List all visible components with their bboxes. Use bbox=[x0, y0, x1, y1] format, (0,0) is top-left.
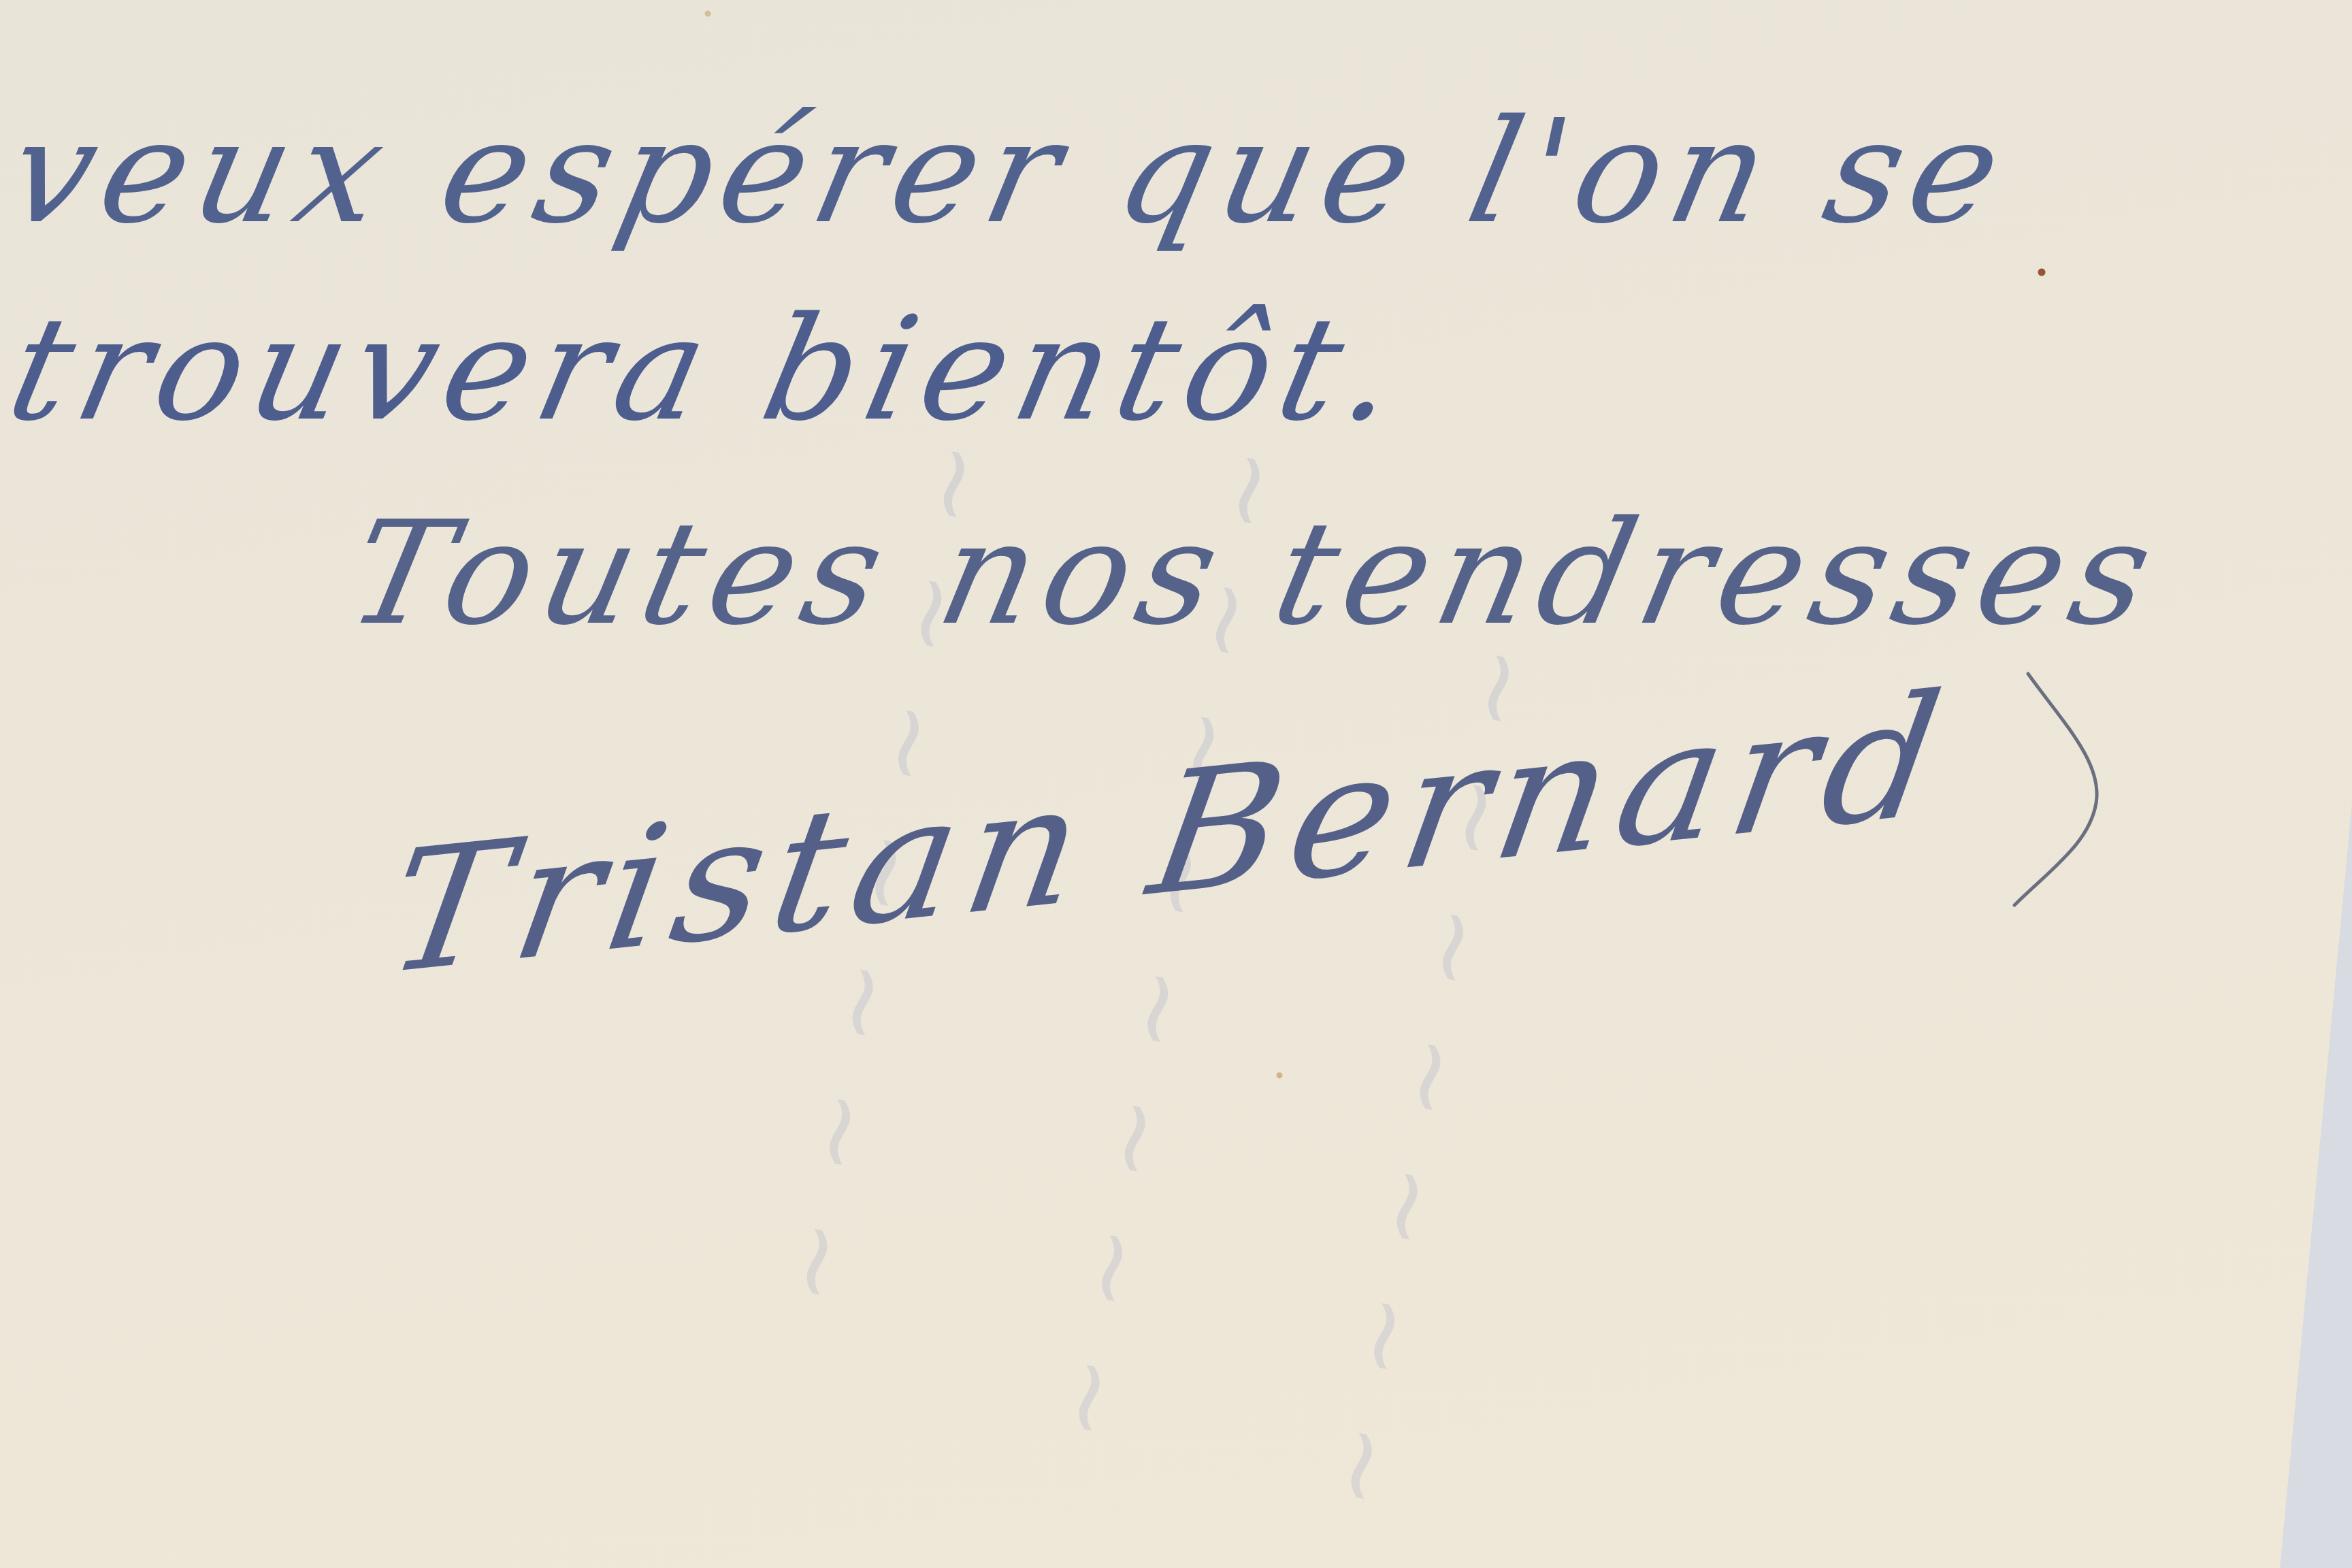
show-through-writing: ~ ~ ~ ~ ~ ~ ~ bbox=[749, 425, 1018, 1313]
show-through-writing: ~ ~ ~ ~ ~ ~ ~ bbox=[1293, 629, 1563, 1518]
letter-closing: Toutes nos tendresses bbox=[336, 490, 2175, 657]
letter-line-1: veux espérer que l'on se bbox=[0, 88, 2024, 255]
signature: Tristan Bernard bbox=[375, 656, 1963, 1012]
signature-flourish-icon bbox=[1987, 667, 2123, 912]
letter-paper: ~ ~ ~ ~ ~ ~ ~ ~ ~ ~ ~ ~ ~ ~ ~ ~ ~ ~ ~ ~ … bbox=[0, 0, 2352, 1568]
letter-line-2: trouvera bientôt. bbox=[0, 286, 1422, 453]
show-through-writing: ~ ~ ~ ~ ~ ~ ~ ~ bbox=[1021, 431, 1313, 1450]
